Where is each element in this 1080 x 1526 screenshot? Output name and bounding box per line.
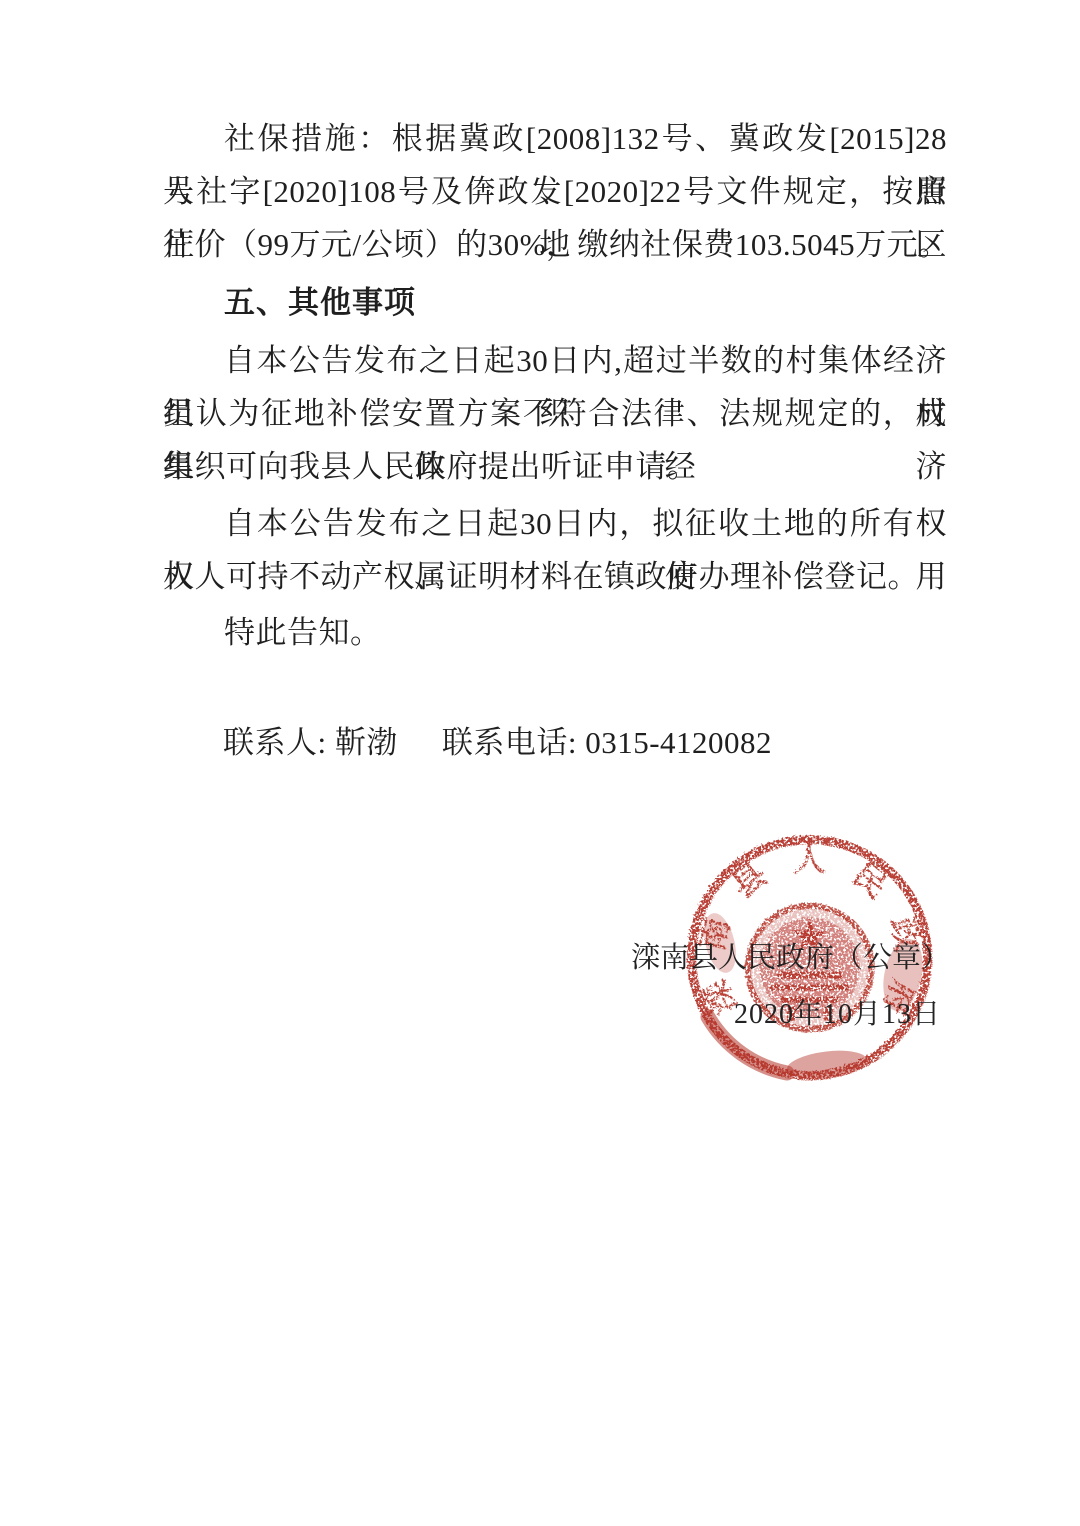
body-line: 社保措施：根据冀政[2008]132号、冀政发[2015]28号、唐 bbox=[163, 112, 947, 165]
seal-ring-char: 人 bbox=[794, 843, 827, 879]
body-line: 权人可持不动产权属证明材料在镇政府办理补偿登记。 bbox=[163, 550, 947, 603]
body-line: 特此告知。 bbox=[163, 606, 947, 659]
announcement-body: 社保措施：根据冀政[2008]132号、冀政发[2015]28号、唐 人社字[2… bbox=[163, 112, 947, 769]
signature-date: 2020年10月13日 bbox=[734, 997, 941, 1033]
body-line: 自本公告发布之日起30日内，拟征收土地的所有权人、使用 bbox=[163, 497, 947, 550]
signature-org: 滦南县人民政府（公章） bbox=[631, 938, 950, 978]
body-line: 员认为征地补偿安置方案不符合法律、法规规定的，村集体经济 bbox=[163, 387, 947, 440]
section-heading: 五、其他事项 bbox=[163, 276, 947, 329]
body-line: 人社字[2020]108号及倴政发[2020]22号文件规定，按照征地区 bbox=[163, 165, 947, 218]
document-page: 社保措施：根据冀政[2008]132号、冀政发[2015]28号、唐 人社字[2… bbox=[0, 0, 1080, 1526]
body-line: 自本公告发布之日起30日内,超过半数的村集体经济组织成 bbox=[163, 334, 947, 387]
contact-row: 联系人: 靳渤 联系电话: 0315-4120082 bbox=[163, 716, 947, 769]
contact-person: 联系人: 靳渤 bbox=[223, 716, 398, 769]
contact-phone: 联系电话: 0315-4120082 bbox=[442, 716, 772, 769]
body-line: 片价（99万元/公顷）的30%，缴纳社保费103.5045万元。 bbox=[163, 218, 947, 271]
